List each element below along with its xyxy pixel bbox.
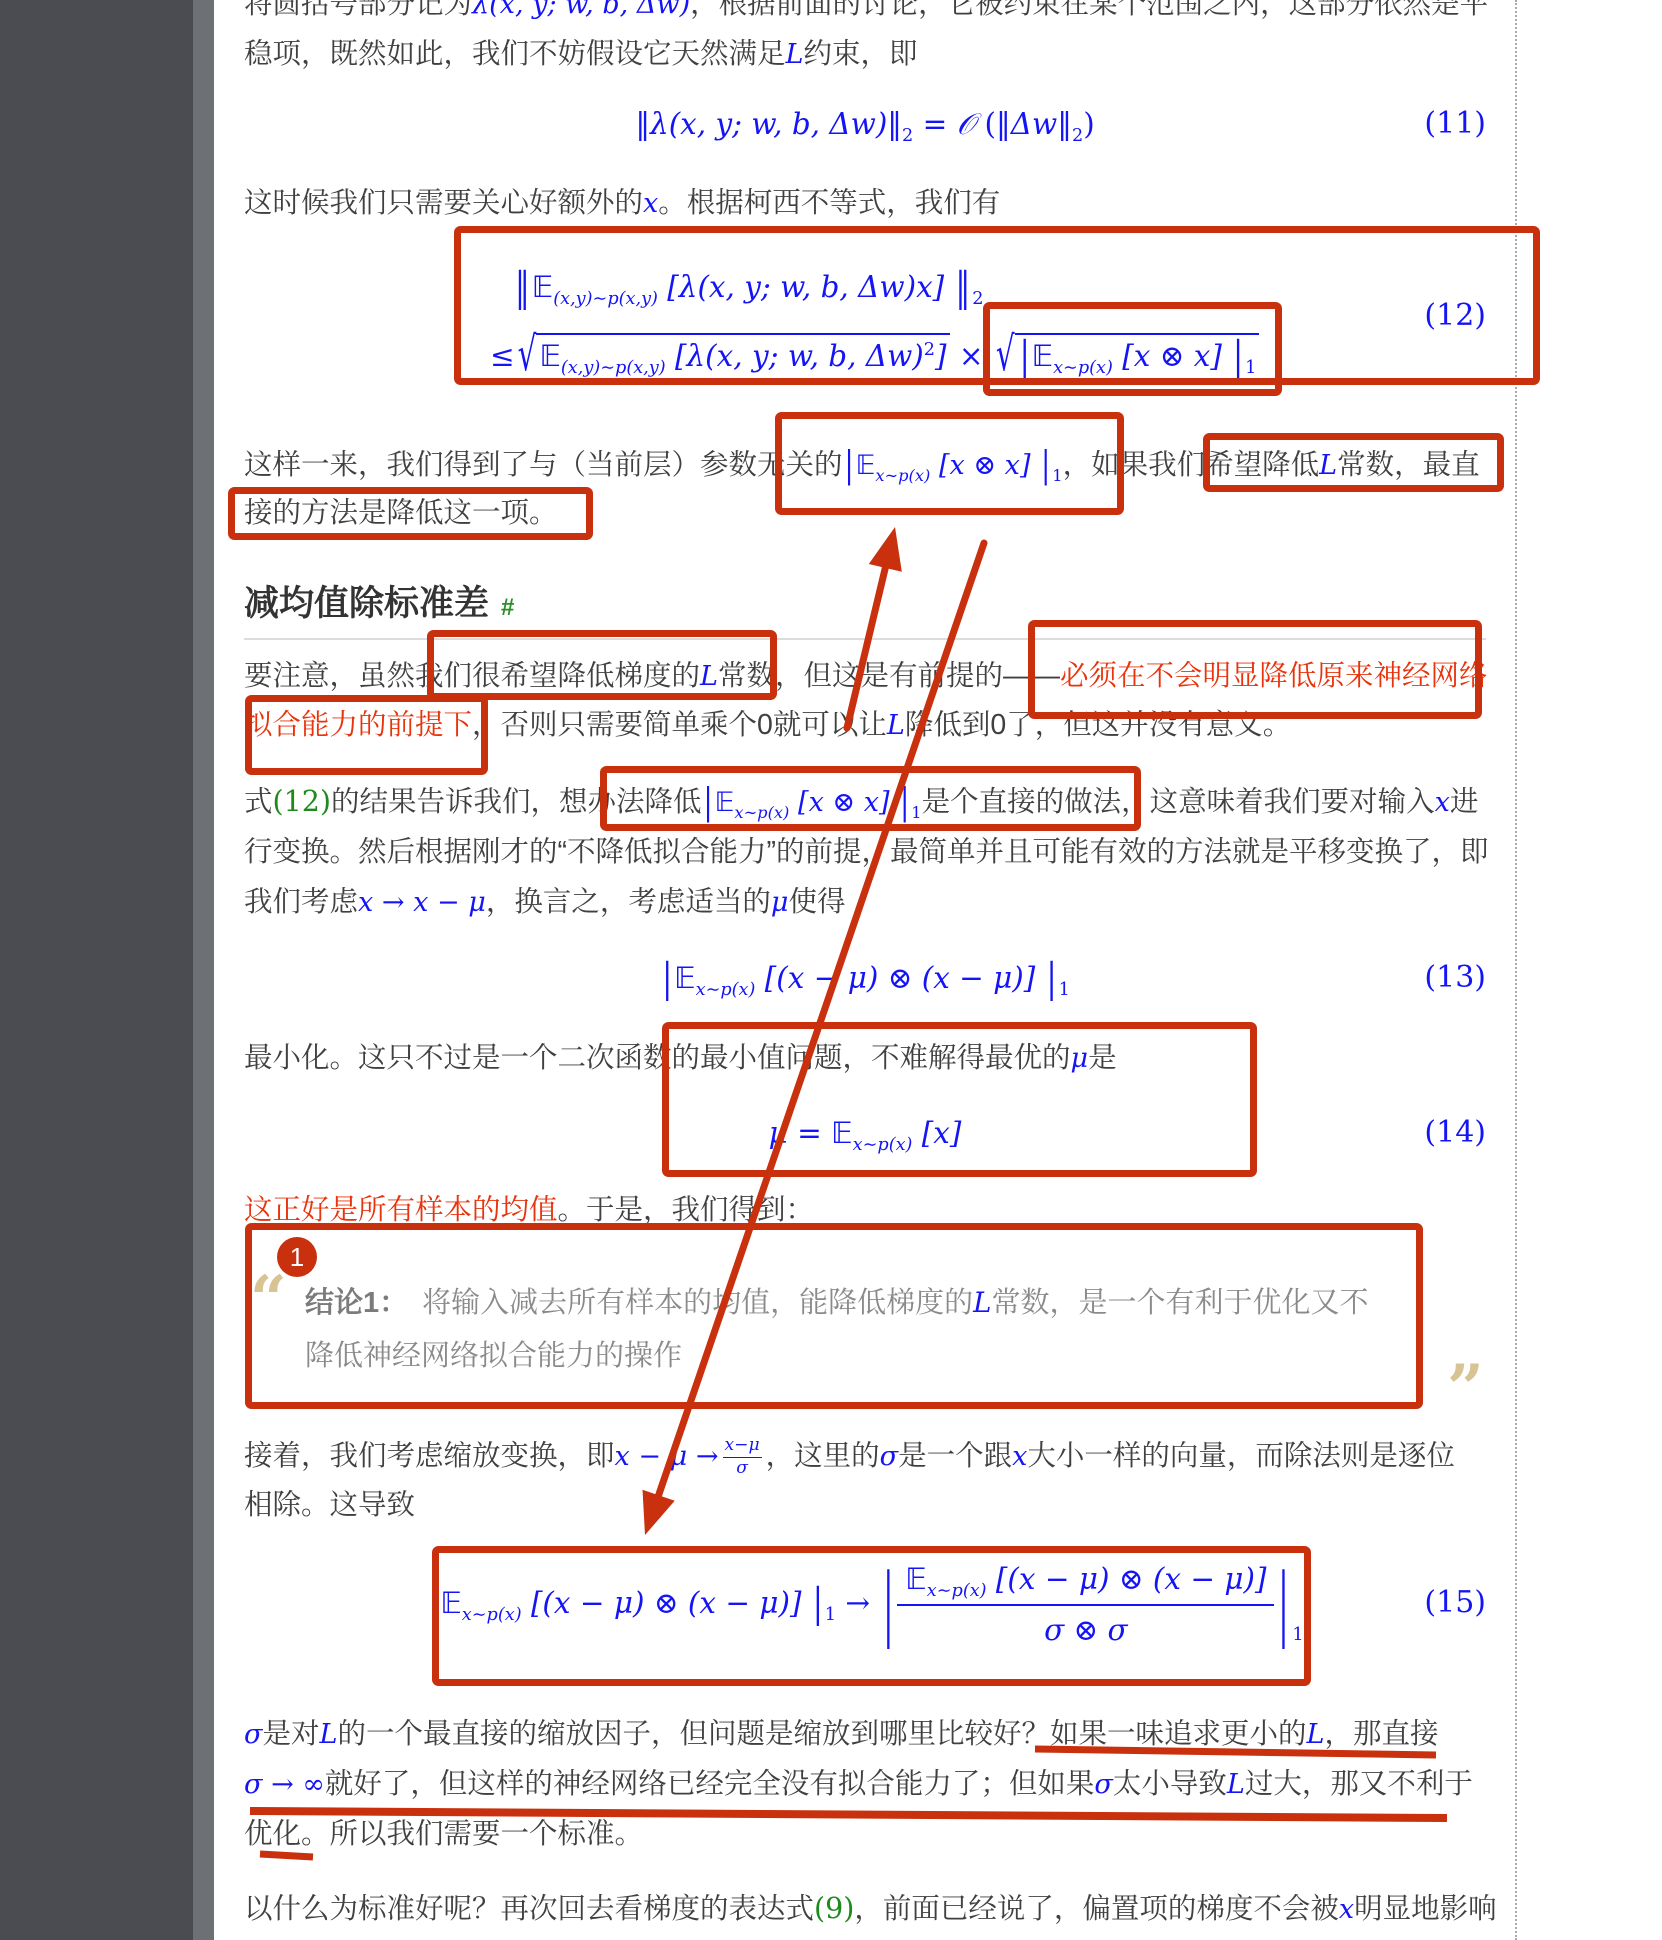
math-token: ‖Δw‖ [996, 107, 1072, 141]
math-var-L: L [320, 1719, 338, 1750]
paragraph-line: 相除。这导致 [244, 1480, 415, 1530]
text-run: 约束，即 [804, 38, 918, 70]
text-run: 相除。这导致 [244, 1489, 415, 1521]
emphasis-red-text: 拟合能力的前提下 [244, 709, 472, 741]
text-run: 进 [1450, 786, 1479, 818]
paragraph-line: 以什么为标准好呢？再次回去看梯度的表达式(9)，前面已经说了，偏置项的梯度不会被… [244, 1884, 1497, 1934]
math-token: ( [975, 107, 996, 141]
math-relation: ≤ [490, 339, 515, 373]
paragraph-line: 这时候我们只需要关心好额外的x。根据柯西不等式，我们有 [244, 178, 1000, 228]
math-inline: λ(x, y; w, b, Δw) [472, 0, 690, 20]
paragraph-line: 行变换。然后根据刚才的“不降低拟合能力”的前提，最简单并且可能有效的方法就是平移… [244, 827, 1489, 877]
paragraph-line: 稳项，既然如此，我们不妨假设它天然满足L约束，即 [244, 29, 918, 79]
section-heading: 减均值除标准差# [244, 579, 514, 629]
math-expectation: 𝔼 [440, 1586, 461, 1620]
math-token: [x] [912, 1116, 961, 1150]
math-var-L: L [1307, 1719, 1325, 1750]
math-token: [x ⊗ x] [930, 450, 1039, 481]
fraction-denominator: σ [723, 1458, 762, 1478]
math-subscript: x∼p(x) [734, 803, 789, 822]
close-quote-icon: ” [1447, 1357, 1484, 1421]
text-run: 接的方法是降低这一项。 [244, 497, 558, 529]
heading-anchor-link[interactable]: # [501, 594, 514, 621]
math-token: ) [1083, 107, 1095, 141]
sqrt-body: |𝔼x∼p(x) [x ⊗ x] |1 [1015, 333, 1260, 378]
equation-ref-link[interactable]: (9) [814, 1892, 854, 1925]
paragraph-line: 这样一来，我们得到了与（当前层）参数无关的|𝔼x∼p(x) [x ⊗ x] |1… [244, 440, 1480, 490]
math-inline: |𝔼x∼p(x) [x ⊗ x] |1 [843, 450, 1063, 481]
text-run: ，前面已经说了，偏置项的梯度不会被 [854, 1893, 1339, 1925]
math-expectation: 𝔼 [905, 1562, 926, 1596]
equation-body: ≤√𝔼(x,y)∼p(x,y) [λ(x, y; w, b, Δw)2] × √… [490, 339, 1259, 373]
math-norm-bar: | [1278, 1455, 1288, 1752]
arrow-head-icon [869, 527, 902, 572]
fraction-numerator: x−μ [723, 1437, 762, 1458]
text-run: 式 [244, 786, 273, 818]
math-var-L: L [973, 1287, 991, 1319]
math-token: [λ(x, y; w, b, Δw) [666, 339, 924, 373]
equation-body: ‖𝔼(x,y)∼p(x,y) [λ(x, y; w, b, Δw)x] ‖2 [513, 270, 983, 304]
math-subscript: 1 [825, 1605, 836, 1625]
text-run: 是个直接的做法，这意味着我们要对输入 [922, 786, 1435, 818]
math-relation: = [913, 107, 956, 141]
math-expectation: 𝔼 [539, 339, 560, 373]
math-subscript: 1 [1292, 1625, 1303, 1645]
sqrt-body: 𝔼(x,y)∼p(x,y) [λ(x, y; w, b, Δw)2] [536, 333, 949, 378]
math-var-mu: μ [771, 887, 789, 918]
sqrt-icon: √ [518, 303, 537, 405]
text-run: ，这里的 [766, 1440, 880, 1472]
text-run: 明显地影响 [1354, 1893, 1497, 1925]
text-run: 常数，但这是有前提的—— [718, 660, 1060, 692]
math-token: [x ⊗ x] [1113, 339, 1231, 373]
page: 将圆括号部分记为λ(x, y; w, b, Δw)，根据前面的讨论，它被约束在某… [0, 0, 1662, 1940]
paragraph-line: σ → ∞就好了，但这样的神经网络已经完全没有拟合能力了；但如果σ太小导致L过大… [244, 1759, 1473, 1809]
equation-12-line-1: ‖𝔼(x,y)∼p(x,y) [λ(x, y; w, b, Δw)x] ‖2 [513, 257, 983, 317]
math-subscript: x∼p(x) [853, 1135, 913, 1155]
math-subscript: x∼p(x) [1053, 358, 1113, 378]
text-run: 降低到0了，但这并没有意义。 [905, 709, 1291, 741]
sidebar-edge-strip [193, 0, 214, 1940]
equation-body: |𝔼x∼p(x) [(x − μ) ⊗ (x − μ)] |1 → |𝔼x∼p(… [426, 1586, 1303, 1620]
text-run: 以什么为标准好呢？再次回去看梯度的表达式 [244, 1893, 814, 1925]
math-fraction: 𝔼x∼p(x) [(x − μ) ⊗ (x − μ)]σ ⊗ σ [897, 1559, 1274, 1651]
equation-number: (12) [1366, 286, 1486, 346]
text-run: 。于是，我们得到： [558, 1194, 815, 1226]
math-operator: × [950, 339, 993, 373]
blockquote-line: 结论1：将输入减去所有样本的均值，能降低梯度的L常数，是一个有利于优化又不 [305, 1277, 1368, 1329]
equation-number: (14) [1366, 1103, 1486, 1163]
equation-number: (15) [1366, 1573, 1486, 1633]
text-run: 的一个最直接的缩放因子，但问题是缩放到哪里比较好？如果一味追求更小的 [337, 1718, 1306, 1750]
math-token: [x ⊗ x] [789, 787, 898, 818]
math-relation: = [788, 1116, 831, 1150]
text-run: 大小一样的向量，而除法则是逐位 [1027, 1440, 1455, 1472]
math-subscript: 1 [1059, 980, 1070, 1000]
equation-number: (11) [1366, 94, 1486, 154]
math-token: μ [769, 1116, 788, 1150]
arrow-head-icon [643, 1490, 675, 1535]
text-run: 是一个跟 [898, 1440, 1012, 1472]
math-expectation: 𝔼 [532, 270, 553, 304]
content-right-dotted-border [1515, 0, 1517, 1940]
math-subscript: 1 [911, 803, 921, 822]
equation-14: μ = 𝔼x∼p(x) [x] [244, 1103, 1486, 1163]
section-title: 减均值除标准差 [244, 584, 489, 623]
equation-ref-link[interactable]: (12) [273, 785, 332, 818]
math-subscript: 1 [1052, 466, 1062, 485]
text-run: 过大，那又不利于 [1245, 1768, 1473, 1800]
math-inline-fraction: x−μσ [723, 1437, 762, 1478]
math-inline: |𝔼x∼p(x) [x ⊗ x] |1 [702, 787, 922, 818]
text-run: 我们考虑 [244, 886, 358, 918]
open-quote-icon: “ [250, 1268, 287, 1332]
math-arrow: → [836, 1586, 879, 1620]
annotation-badge-label: 1 [290, 1242, 304, 1272]
math-norm-bar: | [1041, 432, 1050, 500]
text-run: ，如果我们希望降低 [1063, 449, 1320, 481]
equation-11: ‖λ(x, y; w, b, Δw)‖2 = 𝒪 (‖Δw‖2) [244, 94, 1486, 154]
text-run: 。根据柯西不等式，我们有 [658, 187, 1000, 219]
equation-12-line-2: ≤√𝔼(x,y)∼p(x,y) [λ(x, y; w, b, Δw)2] × √… [490, 324, 1259, 388]
blockquote-line: 降低神经网络拟合能力的操作 [305, 1330, 682, 1382]
math-var-L: L [1227, 1769, 1245, 1800]
text-run: 降低神经网络拟合能力的操作 [305, 1340, 682, 1372]
paragraph-line: 这正好是所有样本的均值。于是，我们得到： [244, 1185, 814, 1235]
math-norm-bar: | [813, 1529, 823, 1678]
math-subscript: 2 [902, 126, 913, 146]
math-token: [λ(x, y; w, b, Δw)x] [658, 270, 954, 304]
text-run: 将圆括号部分记为 [244, 0, 472, 20]
math-norm-bar: | [1047, 938, 1057, 1019]
text-run: 这时候我们只需要关心好额外的 [244, 187, 643, 219]
math-token: ‖λ(x, y; w, b, Δw)‖ [635, 107, 902, 141]
math-norm-bar: | [1233, 328, 1243, 386]
math-token: [(x − μ) ⊗ (x − μ)] [755, 961, 1044, 995]
math-var-mu: μ [1071, 1043, 1089, 1074]
math-subscript: 2 [1072, 126, 1083, 146]
math-expectation: 𝔼 [856, 450, 876, 481]
text-run: ，否则只需要简单乘个0就可以让 [472, 709, 887, 741]
text-run: ，换言之，考虑适当的 [486, 886, 771, 918]
math-expectation: 𝔼 [715, 787, 735, 818]
paragraph-line: 优化。所以我们需要一个标准。 [244, 1809, 643, 1859]
math-var-x: x [1435, 787, 1450, 818]
paragraph-line: 拟合能力的前提下，否则只需要简单乘个0就可以让L降低到0了，但这并没有意义。 [244, 700, 1291, 750]
text-run: 将输入减去所有样本的均值，能降低梯度的 [422, 1287, 973, 1319]
text-run: 这样一来，我们得到了与（当前层）参数无关的 [244, 449, 843, 481]
math-norm-bar: | [662, 938, 672, 1019]
text-run: 就好了，但这样的神经网络已经完全没有拟合能力了；但如果 [325, 1768, 1095, 1800]
fraction-denominator: σ ⊗ σ [897, 1606, 1274, 1651]
math-token: [(x − μ) ⊗ (x − μ)] [987, 1562, 1267, 1596]
math-var-L: L [786, 39, 804, 70]
math-var-L: L [700, 661, 718, 692]
text-run: ，那直接 [1324, 1718, 1438, 1750]
text-run: 是对 [262, 1718, 319, 1750]
math-var-L: L [887, 710, 905, 741]
math-subscript: x∼p(x) [462, 1605, 522, 1625]
math-superscript: 2 [924, 340, 935, 360]
paragraph-line: 式(12)的结果告诉我们，想办法降低|𝔼x∼p(x) [x ⊗ x] |1是个直… [244, 777, 1478, 827]
math-norm-bar: ‖ [956, 247, 971, 328]
math-norm-bar: | [845, 432, 854, 500]
math-inline: x → x − μ [358, 887, 486, 918]
text-run: 是 [1088, 1042, 1117, 1074]
math-inline: x − μ → [615, 1441, 719, 1472]
fraction-numerator: 𝔼x∼p(x) [(x − μ) ⊗ (x − μ)] [897, 1559, 1274, 1606]
paragraph-line: 我们考虑x → x − μ，换言之，考虑适当的μ使得 [244, 877, 846, 927]
paragraph-line: 要注意，虽然我们很希望降低梯度的L常数，但这是有前提的——必须在不会明显降低原来… [244, 651, 1488, 701]
text-run: ，根据前面的讨论，它被约束在某个范围之内，这部分依然是平 [690, 0, 1488, 20]
text-run: 行变换。然后根据刚才的“不降低拟合能力”的前提，最简单并且可能有效的方法就是平移… [244, 836, 1489, 868]
text-run: 优化。所以我们需要一个标准。 [244, 1818, 643, 1850]
math-subscript: x∼p(x) [696, 980, 756, 1000]
math-var-sigma: σ [1094, 1769, 1112, 1800]
text-run: 太小导致 [1113, 1768, 1227, 1800]
math-token: 𝒪 [957, 107, 976, 141]
math-subscript: x∼p(x) [927, 1581, 987, 1601]
math-subscript: x∼p(x) [875, 466, 930, 485]
emphasis-red-text: 这正好是所有样本的均值 [244, 1194, 558, 1226]
math-norm-bar: | [428, 1529, 438, 1678]
math-subscript: (x,y)∼p(x,y) [561, 358, 666, 378]
equation-number: (13) [1366, 948, 1486, 1008]
math-var-x: x [1339, 1894, 1354, 1925]
math-var-sigma: σ [244, 1719, 262, 1750]
text-run: 稳项，既然如此，我们不妨假设它天然满足 [244, 38, 786, 70]
math-subscript: (x,y)∼p(x,y) [553, 289, 658, 309]
paragraph-line: σ是对L的一个最直接的缩放因子，但问题是缩放到哪里比较好？如果一味追求更小的L，… [244, 1709, 1439, 1759]
equation-body: μ = 𝔼x∼p(x) [x] [769, 1116, 962, 1150]
math-var-x: x [1012, 1441, 1027, 1472]
text-run: 要注意，虽然我们很希望降低梯度的 [244, 660, 700, 692]
paragraph-line: 接着，我们考虑缩放变换，即x − μ →x−μσ，这里的σ是一个跟x大小一样的向… [244, 1431, 1455, 1481]
math-inline: σ → ∞ [244, 1769, 325, 1800]
math-expectation: 𝔼 [674, 961, 695, 995]
paragraph-line: 最小化。这只不过是一个二次函数的最小值问题，不难解得最优的μ是 [244, 1033, 1117, 1083]
math-token: [(x − μ) ⊗ (x − μ)] [522, 1586, 811, 1620]
math-norm-bar: | [1020, 328, 1030, 386]
text-run: 常数，最直 [1337, 449, 1480, 481]
math-expectation: 𝔼 [831, 1116, 852, 1150]
paragraph-line: 接的方法是降低这一项。 [244, 488, 558, 538]
text-run: 接着，我们考虑缩放变换，即 [244, 1440, 615, 1472]
text-run: 的结果告诉我们，想办法降低 [331, 786, 702, 818]
math-expectation: 𝔼 [1032, 339, 1053, 373]
paragraph-line: 将圆括号部分记为λ(x, y; w, b, Δw)，根据前面的讨论，它被约束在某… [244, 0, 1488, 29]
math-token: ] [935, 339, 947, 373]
math-var-x: x [643, 188, 658, 219]
equation-13: |𝔼x∼p(x) [(x − μ) ⊗ (x − μ)] |1 [244, 948, 1486, 1008]
equation-body: ‖λ(x, y; w, b, Δw)‖2 = 𝒪 (‖Δw‖2) [635, 107, 1094, 141]
math-subscript: 2 [972, 289, 983, 309]
equation-15: |𝔼x∼p(x) [(x − μ) ⊗ (x − μ)] |1 → |𝔼x∼p(… [244, 1548, 1486, 1658]
heading-divider [244, 638, 1486, 640]
emphasis-red-text: 必须在不会明显降低原来神经网络 [1060, 660, 1488, 692]
text-run: 使得 [789, 886, 846, 918]
math-norm-bar: | [883, 1455, 893, 1752]
math-var-L: L [1319, 450, 1337, 481]
equation-body: |𝔼x∼p(x) [(x − μ) ⊗ (x − μ)] |1 [660, 961, 1070, 995]
math-subscript: 1 [1245, 358, 1256, 378]
text-run: 最小化。这只不过是一个二次函数的最小值问题，不难解得最优的 [244, 1042, 1071, 1074]
text-run: 常数，是一个有利于优化又不 [991, 1287, 1368, 1319]
sqrt-icon: √ [996, 303, 1015, 405]
left-dark-panel [0, 0, 193, 1940]
conclusion-label: 结论1： [305, 1287, 408, 1319]
